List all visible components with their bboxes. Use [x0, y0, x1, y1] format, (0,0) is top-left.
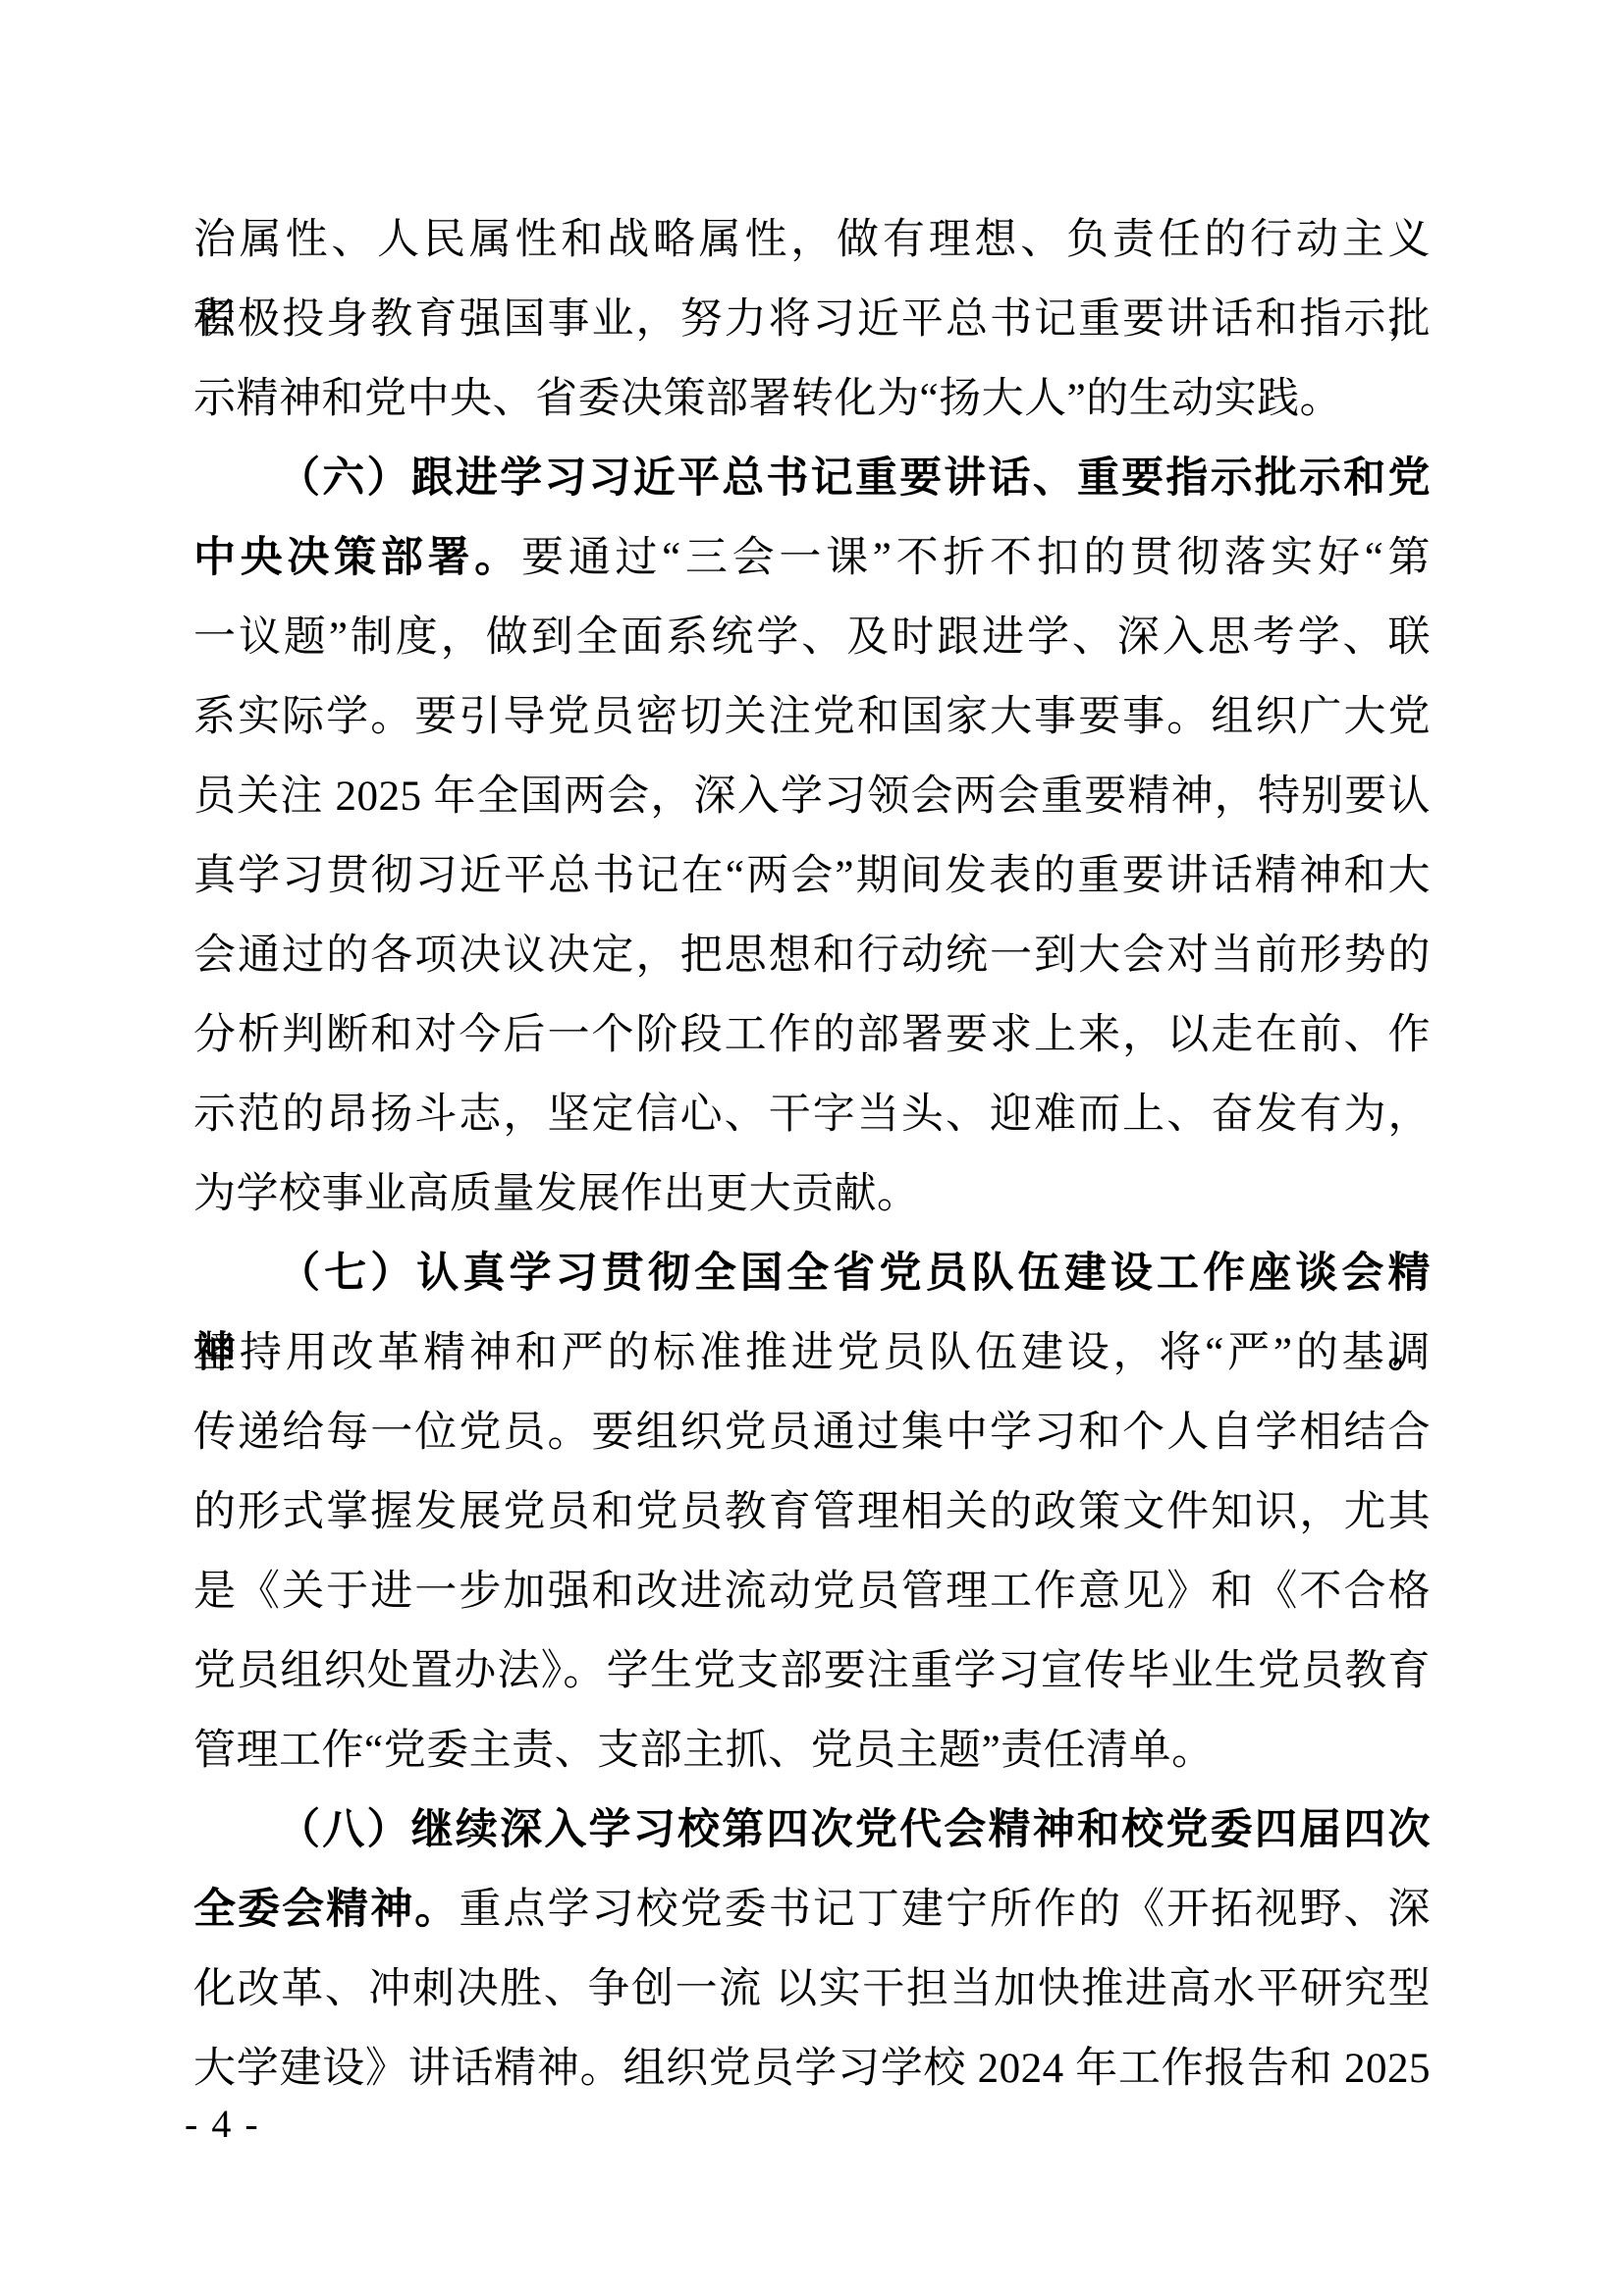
text-line: 一议题”制度，做到全面系统学、及时跟进学、深入思考学、联: [193, 598, 1431, 677]
text-run: 党员组织处置办法》。学生党支部要注重学习宣传毕业生党员教育: [193, 1648, 1431, 1694]
text-run: 大学建设》讲话精神。组织党员学习学校 2024 年工作报告和 2025: [193, 2046, 1431, 2092]
text-line: 会通过的各项决议决定，把思想和行动统一到大会对当前形势的: [193, 916, 1431, 995]
text-run: 系实际学。要引导党员密切关注党和国家大事要事。组织广大党: [193, 694, 1431, 740]
text-run: 重点学习校党委书记丁建宁所作的《开拓视野、深: [459, 1887, 1431, 1933]
text-line: 积极投身教育强国事业，努力将习近平总书记重要讲话和指示批: [193, 280, 1431, 359]
text-line: 员关注 2025 年全国两会，深入学习领会两会重要精神，特别要认: [193, 757, 1431, 836]
text-line: （七）认真学习贯彻全国全省党员队伍建设工作座谈会精神。: [193, 1234, 1431, 1313]
page-number: - 4 -: [185, 2101, 260, 2148]
text-line: 示范的昂扬斗志，坚定信心、干字当头、迎难而上、奋发有为，: [193, 1075, 1431, 1154]
text-line: 化改革、冲刺决胜、争创一流 以实干担当加快推进高水平研究型: [193, 1949, 1431, 2029]
text-run: 积极投身教育强国事业，努力将习近平总书记重要讲话和指示批: [193, 296, 1431, 343]
text-line: 真学习贯彻习近平总书记在“两会”期间发表的重要讲话精神和大: [193, 836, 1431, 916]
bold-text-run: （六）跟进学习习近平总书记重要讲话、重要指示批示和党: [278, 455, 1431, 502]
text-run: 要通过“三会一课”不折不扣的贯彻落实好“第: [521, 535, 1431, 581]
text-line: 分析判断和对今后一个阶段工作的部署要求上来，以走在前、作: [193, 995, 1431, 1075]
text-line: 为学校事业高质量发展作出更大贡献。: [193, 1154, 1431, 1234]
text-run: 坚持用改革精神和严的标准推进党员队伍建设，将“严”的基调: [193, 1330, 1431, 1376]
text-run: 真学习贯彻习近平总书记在“两会”期间发表的重要讲话精神和大: [193, 853, 1431, 899]
bold-text-run: 全委会精神。: [193, 1887, 459, 1933]
text-line: 管理工作“党委主责、支部主抓、党员主题”责任清单。: [193, 1711, 1431, 1790]
text-run: 传递给每一位党员。要组织党员通过集中学习和个人自学相结合: [193, 1410, 1431, 1456]
text-line: 坚持用改革精神和严的标准推进党员队伍建设，将“严”的基调: [193, 1313, 1431, 1393]
text-line: （六）跟进学习习近平总书记重要讲话、重要指示批示和党: [193, 439, 1431, 518]
text-line: 全委会精神。重点学习校党委书记丁建宁所作的《开拓视野、深: [193, 1870, 1431, 1949]
text-run: 员关注 2025 年全国两会，深入学习领会两会重要精神，特别要认: [193, 774, 1431, 820]
bold-text-run: 中央决策部署。: [193, 535, 521, 581]
document-page: 治属性、人民属性和战略属性，做有理想、负责任的行动主义者，积极投身教育强国事业，…: [0, 0, 1624, 2296]
text-run: 一议题”制度，做到全面系统学、及时跟进学、深入思考学、联: [193, 614, 1431, 661]
text-run: 管理工作“党委主责、支部主抓、党员主题”责任清单。: [193, 1728, 1215, 1774]
text-run: 会通过的各项决议决定，把思想和行动统一到大会对当前形势的: [193, 933, 1431, 979]
text-run: 化改革、冲刺决胜、争创一流 以实干担当加快推进高水平研究型: [193, 1966, 1431, 2012]
text-run: 分析判断和对今后一个阶段工作的部署要求上来，以走在前、作: [193, 1012, 1431, 1058]
text-run: 的形式掌握发展党员和党员教育管理相关的政策文件知识，尤其: [193, 1489, 1431, 1535]
document-body: 治属性、人民属性和战略属性，做有理想、负责任的行动主义者，积极投身教育强国事业，…: [193, 200, 1431, 2109]
text-line: 治属性、人民属性和战略属性，做有理想、负责任的行动主义者，: [193, 200, 1431, 280]
text-line: （八）继续深入学习校第四次党代会精神和校党委四届四次: [193, 1790, 1431, 1870]
text-line: 系实际学。要引导党员密切关注党和国家大事要事。组织广大党: [193, 677, 1431, 757]
bold-text-run: （八）继续深入学习校第四次党代会精神和校党委四届四次: [278, 1807, 1431, 1853]
text-run: 是《关于进一步加强和改进流动党员管理工作意见》和《不合格: [193, 1569, 1431, 1615]
text-line: 的形式掌握发展党员和党员教育管理相关的政策文件知识，尤其: [193, 1472, 1431, 1552]
text-line: 示精神和党中央、省委决策部署转化为“扬大人”的生动实践。: [193, 359, 1431, 439]
text-line: 大学建设》讲话精神。组织党员学习学校 2024 年工作报告和 2025: [193, 2029, 1431, 2109]
text-run: 示精神和党中央、省委决策部署转化为“扬大人”的生动实践。: [193, 376, 1342, 422]
text-line: 是《关于进一步加强和改进流动党员管理工作意见》和《不合格: [193, 1552, 1431, 1631]
text-line: 党员组织处置办法》。学生党支部要注重学习宣传毕业生党员教育: [193, 1631, 1431, 1711]
text-run: 示范的昂扬斗志，坚定信心、干字当头、迎难而上、奋发有为，: [193, 1092, 1431, 1138]
text-run: 为学校事业高质量发展作出更大贡献。: [193, 1171, 920, 1217]
text-line: 传递给每一位党员。要组织党员通过集中学习和个人自学相结合: [193, 1393, 1431, 1472]
text-line: 中央决策部署。要通过“三会一课”不折不扣的贯彻落实好“第: [193, 518, 1431, 598]
